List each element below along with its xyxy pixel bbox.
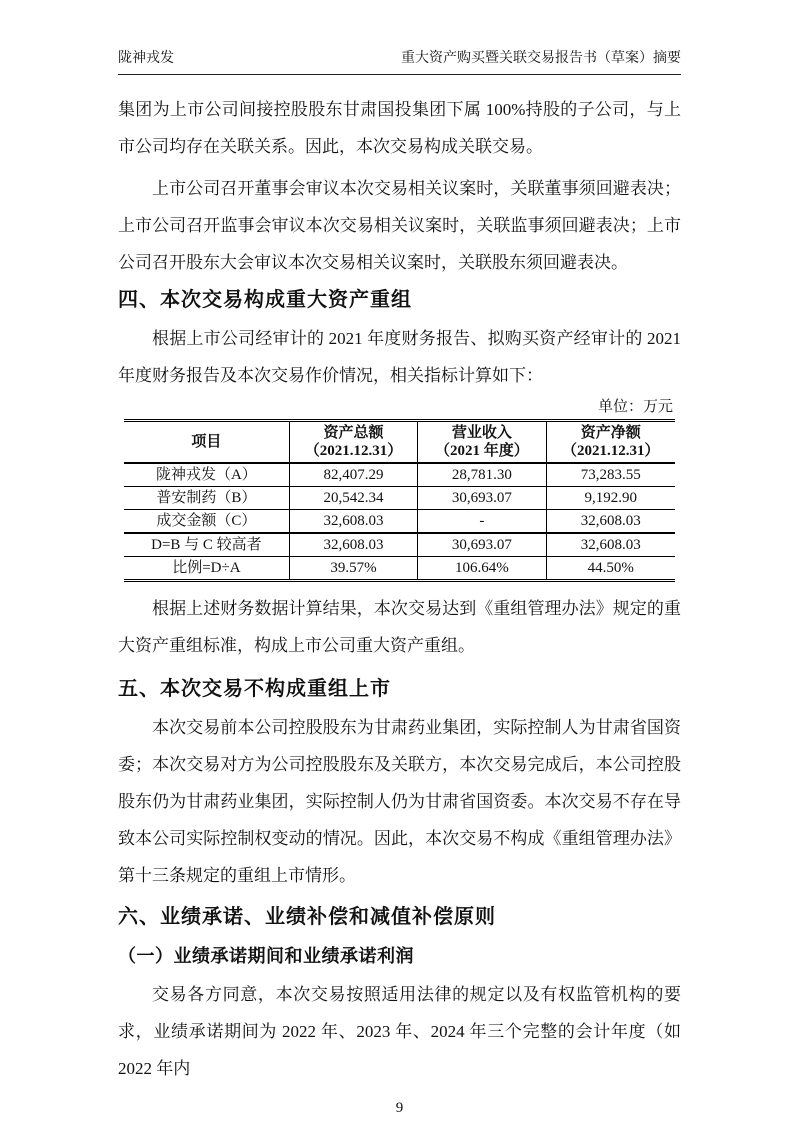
financial-indicators-table: 项目 资产总额 （2021.12.31） 营业收入 （2021 年度） 资产净额… [124, 419, 675, 582]
table-cell: 30,693.07 [418, 487, 546, 510]
table-header-cell-revenue: 营业收入 （2021 年度） [418, 421, 546, 464]
table-cell: 30,693.07 [418, 533, 546, 557]
table-cell: 普安制药（B） [124, 487, 289, 510]
page-header: 陇神戎发 重大资产购买暨关联交易报告书（草案）摘要 [118, 50, 681, 75]
table-header-row: 项目 资产总额 （2021.12.31） 营业收入 （2021 年度） 资产净额… [124, 421, 675, 464]
paragraph-section4-conclusion: 根据上述财务数据计算结果，本次交易达到《重组管理办法》规定的重大资产重组标准，构… [118, 590, 681, 664]
paragraph-section4-intro: 根据上市公司经审计的 2021 年度财务报告、拟购买资产经审计的 2021 年度… [118, 320, 681, 394]
table-cell: 39.57% [289, 557, 417, 581]
table-row-deal-amount-c: 成交金额（C） 32,608.03 - 32,608.03 [124, 510, 675, 534]
page-number: 9 [118, 1099, 681, 1117]
paragraph-voting-recusal: 上市公司召开董事会审议本次交易相关议案时，关联董事须回避表决；上市公司召开监事会… [118, 170, 681, 281]
table-cell: 陇神戎发（A） [124, 463, 289, 487]
section-heading-6: 六、业绩承诺、业绩补偿和减值补偿原则 [118, 902, 681, 932]
table-cell: 32,608.03 [289, 510, 417, 534]
table-header-cell-net-assets: 资产净额 （2021.12.31） [546, 421, 675, 464]
subsection-heading-6-1: （一）业绩承诺期间和业绩承诺利润 [118, 942, 681, 970]
table-cell: 32,608.03 [289, 533, 417, 557]
table-cell: D=B 与 C 较高者 [124, 533, 289, 557]
section-heading-5: 五、本次交易不构成重组上市 [118, 674, 681, 704]
paragraph-section6: 交易各方同意，本次交易按照适用法律的规定以及有权监管机构的要求，业绩承诺期间为 … [118, 976, 681, 1087]
table-cell: 比例=D÷A [124, 557, 289, 581]
table-header-cell-total-assets: 资产总额 （2021.12.31） [289, 421, 417, 464]
table-cell: 32,608.03 [546, 533, 675, 557]
section-heading-4: 四、本次交易构成重大资产重组 [118, 285, 681, 315]
table-row-target-b: 普安制药（B） 20,542.34 30,693.07 9,192.90 [124, 487, 675, 510]
table-cell: 20,542.34 [289, 487, 417, 510]
table-cell: 成交金额（C） [124, 510, 289, 534]
table-cell: - [418, 510, 546, 534]
paragraph-section5: 本次交易前本公司控股股东为甘肃药业集团，实际控制人为甘肃省国资委；本次交易对方为… [118, 709, 681, 894]
header-company: 陇神戎发 [118, 50, 174, 68]
table-cell: 44.50% [546, 557, 675, 581]
header-doc-title: 重大资产购买暨关联交易报告书（草案）摘要 [401, 50, 681, 68]
table-row-company-a: 陇神戎发（A） 82,407.29 28,781.30 73,283.55 [124, 463, 675, 487]
table-cell: 73,283.55 [546, 463, 675, 487]
table-unit-label: 单位：万元 [118, 398, 681, 416]
table-cell: 9,192.90 [546, 487, 675, 510]
table-cell: 28,781.30 [418, 463, 546, 487]
table-cell: 82,407.29 [289, 463, 417, 487]
table-cell: 32,608.03 [546, 510, 675, 534]
paragraph-continuation: 集团为上市公司间接控股股东甘肃国投集团下属 100%持股的子公司，与上市公司均存… [118, 91, 681, 165]
table-row-ratio: 比例=D÷A 39.57% 106.64% 44.50% [124, 557, 675, 581]
table-header-cell-item: 项目 [124, 421, 289, 464]
table-cell: 106.64% [418, 557, 546, 581]
document-page: 陇神戎发 重大资产购买暨关联交易报告书（草案）摘要 集团为上市公司间接控股股东甘… [0, 0, 793, 1122]
table-row-higher-d: D=B 与 C 较高者 32,608.03 30,693.07 32,608.0… [124, 533, 675, 557]
